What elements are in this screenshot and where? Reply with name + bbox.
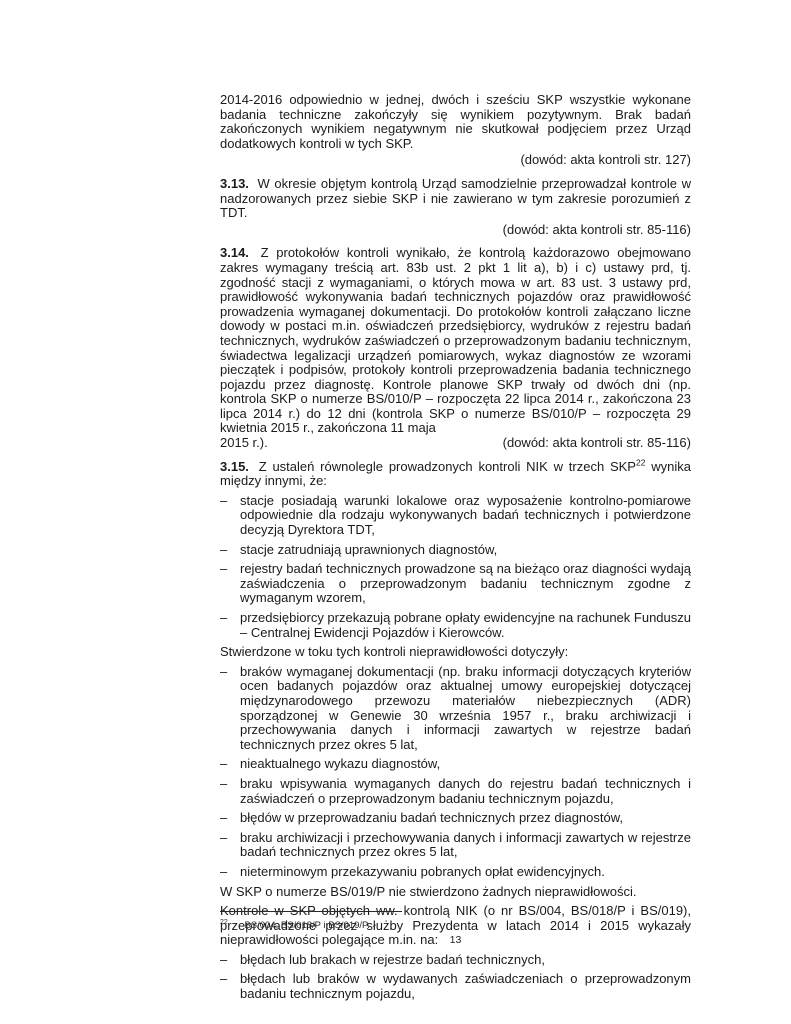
list-item: – błędach lub braków w wydawanych zaświa… [220, 972, 691, 1001]
paragraph-3-14-text: Z protokołów kontroli wynikało, że kontr… [220, 245, 691, 435]
list-item: – nieaktualnego wykazu diagnostów, [220, 757, 691, 772]
findings-list: – stacje posiadają warunki lokalowe oraz… [220, 494, 691, 640]
evidence-line: 2015 r.). (dowód: akta kontroli str. 85-… [220, 436, 691, 451]
section-number: 3.14. [220, 245, 249, 260]
list-item: – stacje zatrudniają uprawnionych diagno… [220, 543, 691, 558]
section-number: 3.15. [220, 459, 249, 474]
list-item-text: braków wymaganej dokumentacji (np. braku… [240, 665, 691, 753]
paragraph-intro-text: 2014-2016 odpowiednio w jednej, dwóch i … [220, 92, 691, 151]
bullet-dash: – [220, 611, 240, 640]
paragraph-3-13: 3.13. W okresie objętym kontrolą Urząd s… [220, 177, 691, 221]
list-item-text: nieterminowym przekazywaniu pobranych op… [240, 865, 691, 880]
list-item-text: błędów w przeprowadzaniu badań techniczn… [240, 811, 691, 826]
bullet-dash: – [220, 665, 240, 753]
paragraph-3-14-lastline: 2015 r.). [220, 436, 268, 451]
list-item-text: stacje posiadają warunki lokalowe oraz w… [240, 494, 691, 538]
bullet-dash: – [220, 777, 240, 806]
bullet-dash: – [220, 494, 240, 538]
bullet-dash: – [220, 757, 240, 772]
list-item-text: stacje zatrudniają uprawnionych diagnost… [240, 543, 691, 558]
document-page: 2014-2016 odpowiednio w jednej, dwóch i … [0, 0, 791, 1024]
footnote: 22 BS/004, BS/018/P i BS/019/P. [220, 911, 691, 931]
evidence-text: (dowód: akta kontroli str. 85-116) [503, 222, 691, 237]
list-item: – błędach lub brakach w rejestrze badań … [220, 953, 691, 968]
paragraph-3-15-text-pre: Z ustaleń równolegle prowadzonych kontro… [259, 459, 636, 474]
paragraph-3-15: 3.15. Z ustaleń równolegle prowadzonych … [220, 460, 691, 489]
document-content: 2014-2016 odpowiednio w jednej, dwóch i … [220, 93, 691, 1007]
paragraph-intro: 2014-2016 odpowiednio w jednej, dwóch i … [220, 93, 691, 151]
irregularities-intro-text: Stwierdzone w toku tych kontroli niepraw… [220, 644, 568, 659]
list-item: – braku archiwizacji i przechowywania da… [220, 831, 691, 860]
list-item: – nieterminowym przekazywaniu pobranych … [220, 865, 691, 880]
no-irregularities-text: W SKP o numerze BS/019/P nie stwierdzono… [220, 884, 636, 899]
list-item: – braków wymaganej dokumentacji (np. bra… [220, 665, 691, 753]
list-item-text: przedsiębiorcy przekazują pobrane opłaty… [240, 611, 691, 640]
list-item-text: rejestry badań technicznych prowadzone s… [240, 562, 691, 606]
controls-findings-list: – błędach lub brakach w rejestrze badań … [220, 953, 691, 1002]
list-item: – stacje posiadają warunki lokalowe oraz… [220, 494, 691, 538]
bullet-dash: – [220, 562, 240, 606]
paragraph-3-14: 3.14. Z protokołów kontroli wynikało, że… [220, 246, 691, 436]
footnote-marker: 22 [220, 919, 228, 926]
no-irregularities-statement: W SKP o numerze BS/019/P nie stwierdzono… [220, 885, 691, 900]
bullet-dash: – [220, 811, 240, 826]
bullet-dash: – [220, 953, 240, 968]
irregularities-intro: Stwierdzone w toku tych kontroli niepraw… [220, 645, 691, 660]
list-item-text: nieaktualnego wykazu diagnostów, [240, 757, 691, 772]
footnote-rule [220, 911, 402, 912]
list-item-text: błędach lub braków w wydawanych zaświadc… [240, 972, 691, 1001]
paragraph-3-13-text: W okresie objętym kontrolą Urząd samodzi… [220, 176, 691, 220]
irregularities-list: – braków wymaganej dokumentacji (np. bra… [220, 665, 691, 880]
bullet-dash: – [220, 865, 240, 880]
list-item-text: błędach lub brakach w rejestrze badań te… [240, 953, 691, 968]
evidence-text: (dowód: akta kontroli str. 127) [520, 152, 691, 167]
footnote-line: 22 BS/004, BS/018/P i BS/019/P. [220, 919, 691, 931]
list-item-text: braku wpisywania wymaganych danych do re… [240, 777, 691, 806]
bullet-dash: – [220, 972, 240, 1001]
list-item: – przedsiębiorcy przekazują pobrane opła… [220, 611, 691, 640]
bullet-dash: – [220, 543, 240, 558]
list-item-text: braku archiwizacji i przechowywania dany… [240, 831, 691, 860]
footnote-text: BS/004, BS/018/P i BS/019/P. [244, 920, 369, 931]
list-item: – rejestry badań technicznych prowadzone… [220, 562, 691, 606]
bullet-dash: – [220, 831, 240, 860]
list-item: – braku wpisywania wymaganych danych do … [220, 777, 691, 806]
evidence-line: (dowód: akta kontroli str. 85-116) [220, 223, 691, 238]
page-number: 13 [220, 934, 691, 946]
section-number: 3.13. [220, 176, 249, 191]
list-item: – błędów w przeprowadzaniu badań technic… [220, 811, 691, 826]
evidence-line: (dowód: akta kontroli str. 127) [220, 153, 691, 168]
evidence-text: (dowód: akta kontroli str. 85-116) [503, 436, 691, 451]
